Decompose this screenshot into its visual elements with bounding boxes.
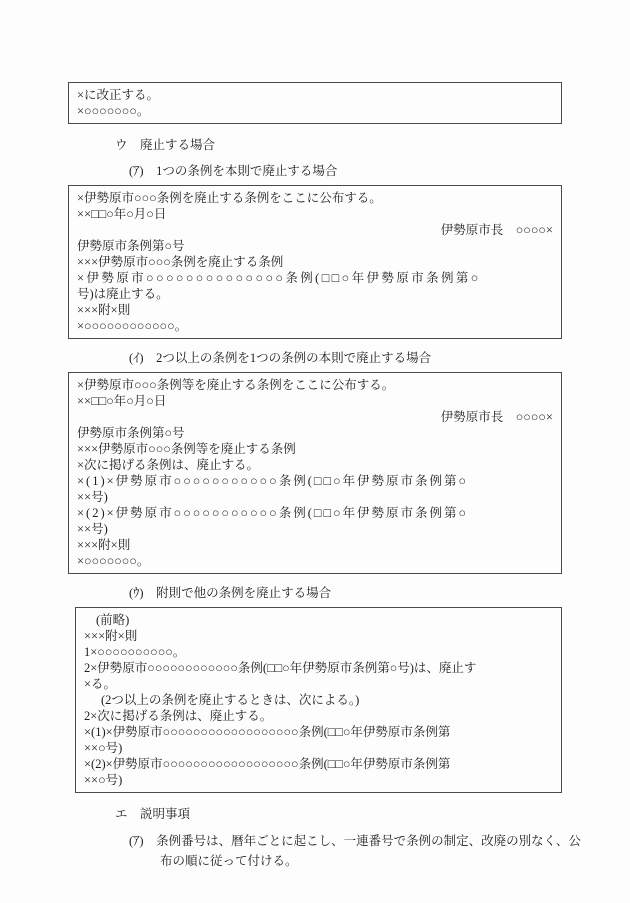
text-line: 号)は廃止する。: [77, 286, 553, 302]
text-line: ××号): [77, 521, 553, 537]
example-box-repeal-multiple: ×伊勢原市○○○条例等を廃止する条例をここに公布する。 ××□□○年○月○日 伊…: [68, 372, 562, 574]
text-line: ×○○○○○○○。: [77, 553, 553, 569]
text-line: 2×次に掲げる条例は、廃止する。: [84, 708, 553, 724]
text-line: ×(2)×伊勢原市○○○○○○○○○○○条例(□□○年伊勢原市条例第○: [77, 505, 553, 521]
text-line: 伊勢原市条例第○号: [77, 425, 553, 441]
heading-case-multi: (ｲ) 2つ以上の条例を1つの条例の本則で廃止する場合: [129, 350, 562, 366]
text-line: ×次に掲げる条例は、廃止する。: [77, 457, 553, 473]
document-page: ×に改正する。 ×○○○○○○○。 ウ 廃止する場合 (ｱ) 1つの条例を本則で…: [0, 0, 630, 903]
text-line: ×(1)×伊勢原市○○○○○○○○○○○条例(□□○年伊勢原市条例第○: [77, 473, 553, 489]
explanation-item-line2: 布の順に従って付ける。: [160, 851, 562, 871]
text-line: ×××附×則: [77, 537, 553, 553]
text-line: ×××附×則: [84, 628, 553, 644]
text-line: ×(2)×伊勢原市○○○○○○○○○○○○○○○○○○条例(□□○年伊勢原市条例…: [84, 756, 553, 772]
text-line: (2つ以上の条例を廃止するときは、次による。): [84, 692, 553, 708]
text-line: 2×伊勢原市○○○○○○○○○○○○条例(□□○年伊勢原市条例第○号)は、廃止す: [84, 660, 553, 676]
text-line: ×伊勢原市○○○条例を廃止する条例をここに公布する。: [77, 190, 553, 206]
heading-repeal-case: ウ 廃止する場合: [115, 137, 562, 153]
example-box-repeal-supplementary: (前略) ×××附×則 1×○○○○○○○○○○。 2×伊勢原市○○○○○○○○…: [75, 607, 562, 793]
text-line: 1×○○○○○○○○○○。: [84, 644, 553, 660]
document-content: ×に改正する。 ×○○○○○○○。 ウ 廃止する場合 (ｱ) 1つの条例を本則で…: [68, 82, 562, 871]
text-line: ×伊勢原市○○○条例等を廃止する条例をここに公布する。: [77, 377, 553, 393]
text-line: ×××伊勢原市○○○条例等を廃止する条例: [77, 441, 553, 457]
heading-case-supplementary: (ｳ) 附則で他の条例を廃止する場合: [129, 585, 562, 601]
text-line: ××□□○年○月○日: [77, 393, 553, 409]
text-line: ×○○○○○○○○○○○○。: [77, 318, 553, 334]
text-line: ×(1)×伊勢原市○○○○○○○○○○○○○○○○○○条例(□□○年伊勢原市条例…: [84, 724, 553, 740]
text-line: (前略): [84, 612, 553, 628]
explanation-item-line1: (ｱ) 条例番号は、暦年ごとに起こし、一連番号で条例の制定、改廃の別なく、公: [129, 831, 562, 851]
text-line: ×に改正する。: [77, 87, 553, 103]
text-line: ××□□○年○月○日: [77, 206, 553, 222]
text-line: ××号): [77, 489, 553, 505]
example-box-amendment: ×に改正する。 ×○○○○○○○。: [68, 82, 562, 124]
text-line: ××○号): [84, 772, 553, 788]
text-line: ××○号): [84, 740, 553, 756]
text-line: 伊勢原市条例第○号: [77, 238, 553, 254]
mayor-signature-line: 伊勢原市長 ○○○○×: [77, 222, 553, 238]
mayor-signature-line: 伊勢原市長 ○○○○×: [77, 409, 553, 425]
text-line: ×××伊勢原市○○○条例を廃止する条例: [77, 254, 553, 270]
text-line: ×○○○○○○○。: [77, 103, 553, 119]
text-line: ×伊勢原市○○○○○○○○○○○○○○条例(□□○年伊勢原市条例第○: [77, 270, 553, 286]
heading-explanation: エ 説明事項: [115, 806, 562, 822]
heading-case-single: (ｱ) 1つの条例を本則で廃止する場合: [129, 163, 562, 179]
example-box-repeal-single: ×伊勢原市○○○条例を廃止する条例をここに公布する。 ××□□○年○月○日 伊勢…: [68, 185, 562, 339]
text-line: ×××附×則: [77, 302, 553, 318]
text-line: ×る。: [84, 676, 553, 692]
